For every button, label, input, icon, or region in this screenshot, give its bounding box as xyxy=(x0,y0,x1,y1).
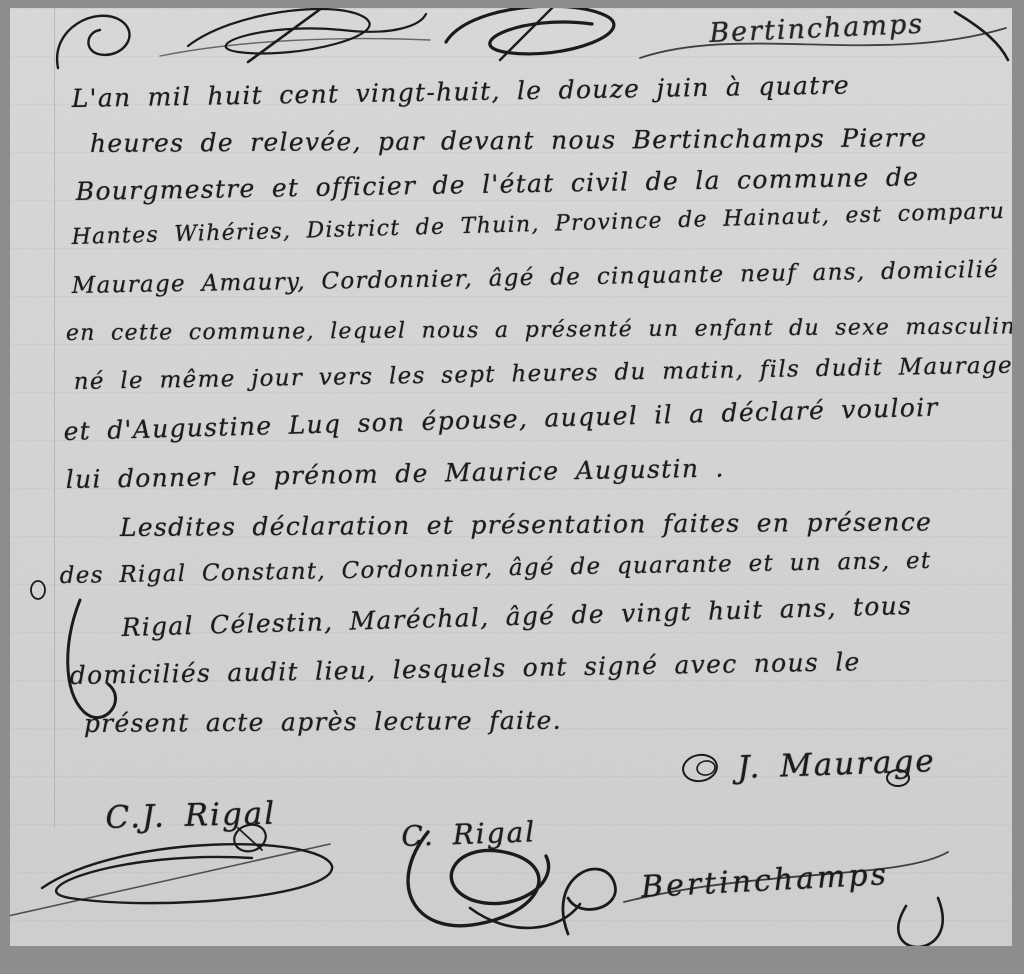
manuscript-line: Lesdites déclaration et présentation fai… xyxy=(120,507,932,542)
signature-flourish-icon xyxy=(10,821,332,916)
paraph-flourish-icon xyxy=(446,8,614,60)
margin-mark-icon xyxy=(31,581,116,718)
manuscript-line: né le même jour vers les sept heures du … xyxy=(74,353,1012,395)
paraph-flourish-icon xyxy=(160,8,430,62)
manuscript-line: Maurage Amaury, Cordonnier, âgé de cinqu… xyxy=(72,257,1000,299)
manuscript-line: lui donner le prénom de Maurice Augustin… xyxy=(65,454,724,494)
paraph-flourish-icon xyxy=(57,16,129,68)
manuscript-line: en cette commune, lequel nous a présenté… xyxy=(66,314,1012,346)
signature-rigal-c: C. Rigal xyxy=(401,815,537,853)
signature-bertinchamps-top: Bertinchamps xyxy=(709,9,925,49)
margin-rule-line xyxy=(54,8,55,828)
manuscript-line: Bourgmestre et officier de l'état civil … xyxy=(75,162,919,206)
signature-rigal-cj: C.J. Rigal xyxy=(105,796,277,836)
manuscript-line: L'an mil huit cent vingt-huit, le douze … xyxy=(71,70,850,113)
manuscript-line: domiciliés audit lieu, lesquels ont sign… xyxy=(69,647,860,690)
manuscript-line: présent acte après lecture faite. xyxy=(84,706,562,738)
manuscript-line: Hantes Wihéries, District de Thuin, Prov… xyxy=(71,199,1005,250)
scanned-document-frame: Bertinchamps L'an mil huit cent vingt-hu… xyxy=(0,0,1024,974)
manuscript-page: Bertinchamps L'an mil huit cent vingt-hu… xyxy=(10,8,1012,946)
manuscript-line: heures de relevée, par devant nous Berti… xyxy=(90,123,928,158)
signature-bertinchamps-bottom: Bertinchamps xyxy=(640,857,890,905)
manuscript-line: des Rigal Constant, Cordonnier, âgé de q… xyxy=(60,548,932,589)
manuscript-line: et d'Augustine Luq son épouse, auquel il… xyxy=(63,393,939,446)
manuscript-line: Rigal Célestin, Maréchal, âgé de vingt h… xyxy=(121,591,912,642)
signature-maurage: J. Maurage xyxy=(737,743,937,786)
